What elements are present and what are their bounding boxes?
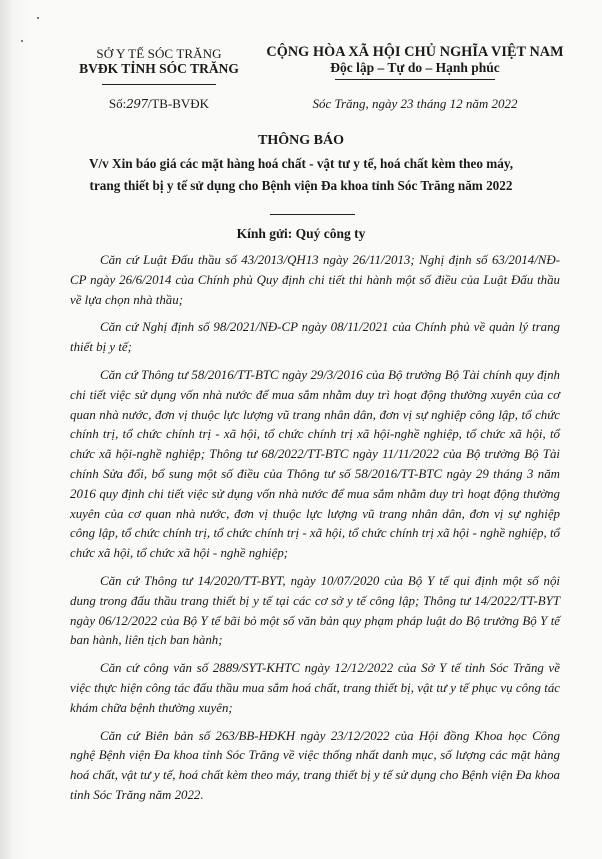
doc-number-handwritten: 297 <box>126 97 147 111</box>
document-subject: V/v Xin báo giá các mặt hàng hoá chất - … <box>40 153 562 197</box>
motto-underline <box>335 79 495 80</box>
subject-line: V/v Xin báo giá các mặt hàng hoá chất - … <box>40 153 562 175</box>
document-title: THÔNG BÁO <box>0 133 602 149</box>
issuing-organization: BVĐK TỈNH SÓC TRĂNG <box>68 61 250 77</box>
issuing-agency-block: SỞ Y TẾ SÓC TRĂNG BVĐK TỈNH SÓC TRĂNG <box>68 46 250 85</box>
document-number: Số:297/TB-BVĐK <box>68 96 250 112</box>
scan-edge-shadow <box>0 0 14 859</box>
national-heading-block: CỘNG HÒA XÃ HỘI CHỦ NGHĨA VIỆT NAM Độc l… <box>262 44 568 80</box>
doc-number-prefix: Số: <box>109 96 126 111</box>
legal-basis-paragraph: Căn cứ Thông tư 14/2020/TT-BYT, ngày 10/… <box>70 572 560 651</box>
national-motto: Độc lập – Tự do – Hạnh phúc <box>262 60 568 76</box>
place-and-date: Sóc Trăng, ngày 23 tháng 12 năm 2022 <box>262 96 568 112</box>
legal-basis-paragraph: Căn cứ Biên bản số 263/BB-HĐKH ngày 23/1… <box>70 727 560 806</box>
document-body: Căn cứ Luật Đấu thầu số 43/2013/QH13 ngà… <box>70 251 560 814</box>
legal-basis-paragraph: Căn cứ Thông tư 58/2016/TT-BTC ngày 29/3… <box>70 366 560 564</box>
doc-number-suffix: /TB-BVĐK <box>148 96 209 111</box>
agency-underline <box>102 84 216 85</box>
subject-line: trang thiết bị y tế sử dụng cho Bệnh việ… <box>40 175 562 197</box>
legal-basis-paragraph: Căn cứ Nghị định số 98/2021/NĐ-CP ngày 0… <box>70 318 560 358</box>
national-title: CỘNG HÒA XÃ HỘI CHỦ NGHĨA VIỆT NAM <box>262 44 568 60</box>
scan-speck <box>37 17 39 19</box>
parent-organization: SỞ Y TẾ SÓC TRĂNG <box>68 46 250 61</box>
legal-basis-paragraph: Căn cứ Luật Đấu thầu số 43/2013/QH13 ngà… <box>70 251 560 310</box>
document-page: SỞ Y TẾ SÓC TRĂNG BVĐK TỈNH SÓC TRĂNG CỘ… <box>0 0 602 859</box>
legal-basis-paragraph: Căn cứ công văn số 2889/SYT-KHTC ngày 12… <box>70 659 560 718</box>
subject-underline <box>270 214 355 215</box>
scan-speck <box>21 40 23 42</box>
salutation: Kính gửi: Quý công ty <box>0 226 602 242</box>
